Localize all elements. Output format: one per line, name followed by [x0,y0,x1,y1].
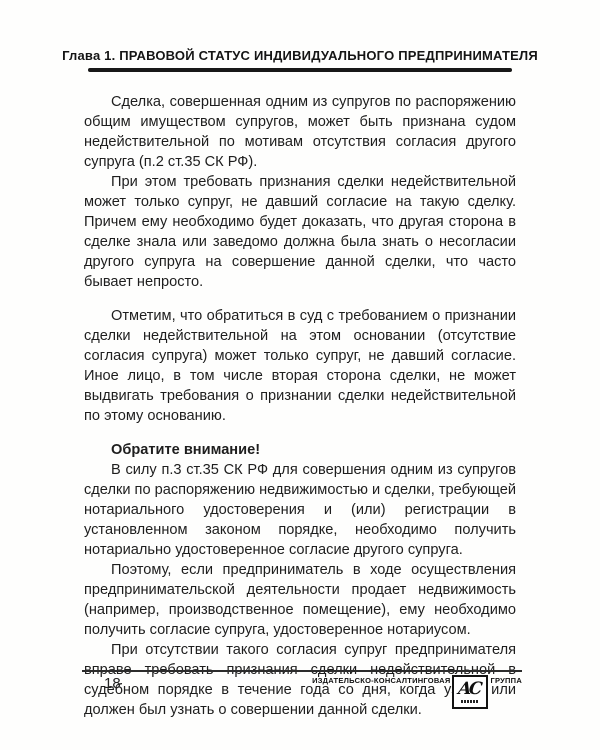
chapter-title: Глава 1. ПРАВОВОЙ СТАТУС ИНДИВИДУАЛЬНОГО… [0,48,600,63]
publisher-name-right: ГРУППА [490,675,522,685]
paragraph-1: Сделка, совершенная одним из супругов по… [84,92,516,172]
page-footer: 18 ИЗДАТЕЛЬСКО-КОНСАЛТИНГОВАЯ АС ГРУППА [82,670,522,709]
paragraph-2: При этом требовать признания сделки неде… [84,172,516,292]
paragraph-4: В силу п.3 ст.35 СК РФ для совершения од… [84,460,516,560]
paragraph-5: Поэтому, если предприниматель в ходе осу… [84,560,516,640]
notice-heading: Обратите внимание! [84,440,516,460]
publisher-logo-monogram: АС [457,681,483,698]
publisher-logo-icon: АС [452,675,488,709]
publisher-block: ИЗДАТЕЛЬСКО-КОНСАЛТИНГОВАЯ АС ГРУППА [312,675,522,709]
paragraph-3: Отметим, что обратиться в суд с требован… [84,306,516,426]
publisher-name-left: ИЗДАТЕЛЬСКО-КОНСАЛТИНГОВАЯ [312,675,450,685]
footer-rule [82,670,522,672]
header-rule [88,68,512,72]
page-header: Глава 1. ПРАВОВОЙ СТАТУС ИНДИВИДУАЛЬНОГО… [0,0,600,72]
page-number: 18 [82,675,121,693]
page-body: Сделка, совершенная одним из супругов по… [84,92,516,720]
publisher-logo-caption [461,700,479,703]
book-page: Глава 1. ПРАВОВОЙ СТАТУС ИНДИВИДУАЛЬНОГО… [0,0,600,750]
